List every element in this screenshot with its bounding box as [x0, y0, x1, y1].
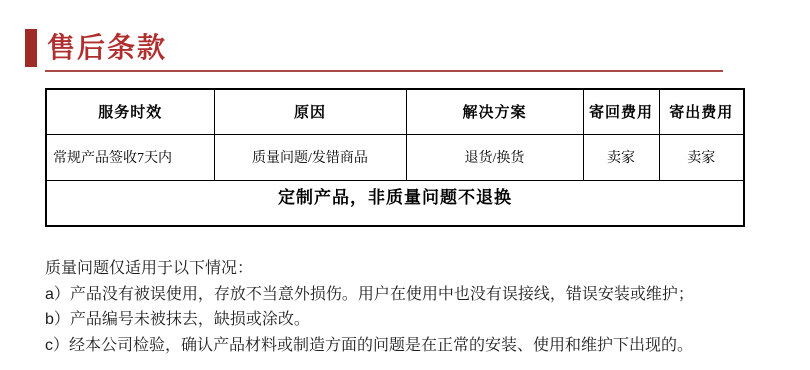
column-header-solution: 解决方案 [406, 89, 583, 134]
page-header: 售后条款 [25, 29, 723, 72]
note-item-c: c）经本公司检验，确认产品材料或制造方面的问题是在正常的安装、使用和维护下出现的… [45, 333, 775, 359]
cell-custom-product-note: 定制产品，非质量问题不退换 [46, 180, 744, 226]
cell-return-fee: 卖家 [583, 134, 659, 180]
column-header-send-fee: 寄出费用 [659, 89, 744, 134]
cell-solution: 退货/换货 [406, 134, 583, 180]
cell-reason: 质量问题/发错商品 [214, 134, 406, 180]
column-header-service-time: 服务时效 [46, 89, 214, 134]
table-header-row: 服务时效 原因 解决方案 寄回费用 寄出费用 [46, 89, 744, 134]
cell-service-time: 常规产品签收7天内 [46, 134, 214, 180]
title-accent-bar [25, 29, 37, 67]
column-header-reason: 原因 [214, 89, 406, 134]
table-merged-row: 定制产品，非质量问题不退换 [46, 180, 744, 226]
column-header-return-fee: 寄回费用 [583, 89, 659, 134]
note-item-b: b）产品编号未被抹去，缺损或涂改。 [45, 307, 775, 333]
title-underline: 售后条款 [45, 29, 723, 72]
page-title: 售后条款 [45, 29, 723, 66]
after-sales-page: 售后条款 服务时效 原因 解决方案 寄回费用 寄出费用 常规产品签收7天内 质量… [0, 0, 810, 370]
notes-intro: 质量问题仅适用于以下情况： [45, 256, 775, 282]
after-sales-policy-table: 服务时效 原因 解决方案 寄回费用 寄出费用 常规产品签收7天内 质量问题/发错… [45, 88, 745, 227]
quality-issue-notes: 质量问题仅适用于以下情况： a）产品没有被误使用，存放不当意外损伤。用户在使用中… [45, 256, 775, 358]
table-row: 常规产品签收7天内 质量问题/发错商品 退货/换货 卖家 卖家 [46, 134, 744, 180]
note-item-a: a）产品没有被误使用，存放不当意外损伤。用户在使用中也没有误接线，错误安装或维护… [45, 282, 775, 308]
cell-send-fee: 卖家 [659, 134, 744, 180]
